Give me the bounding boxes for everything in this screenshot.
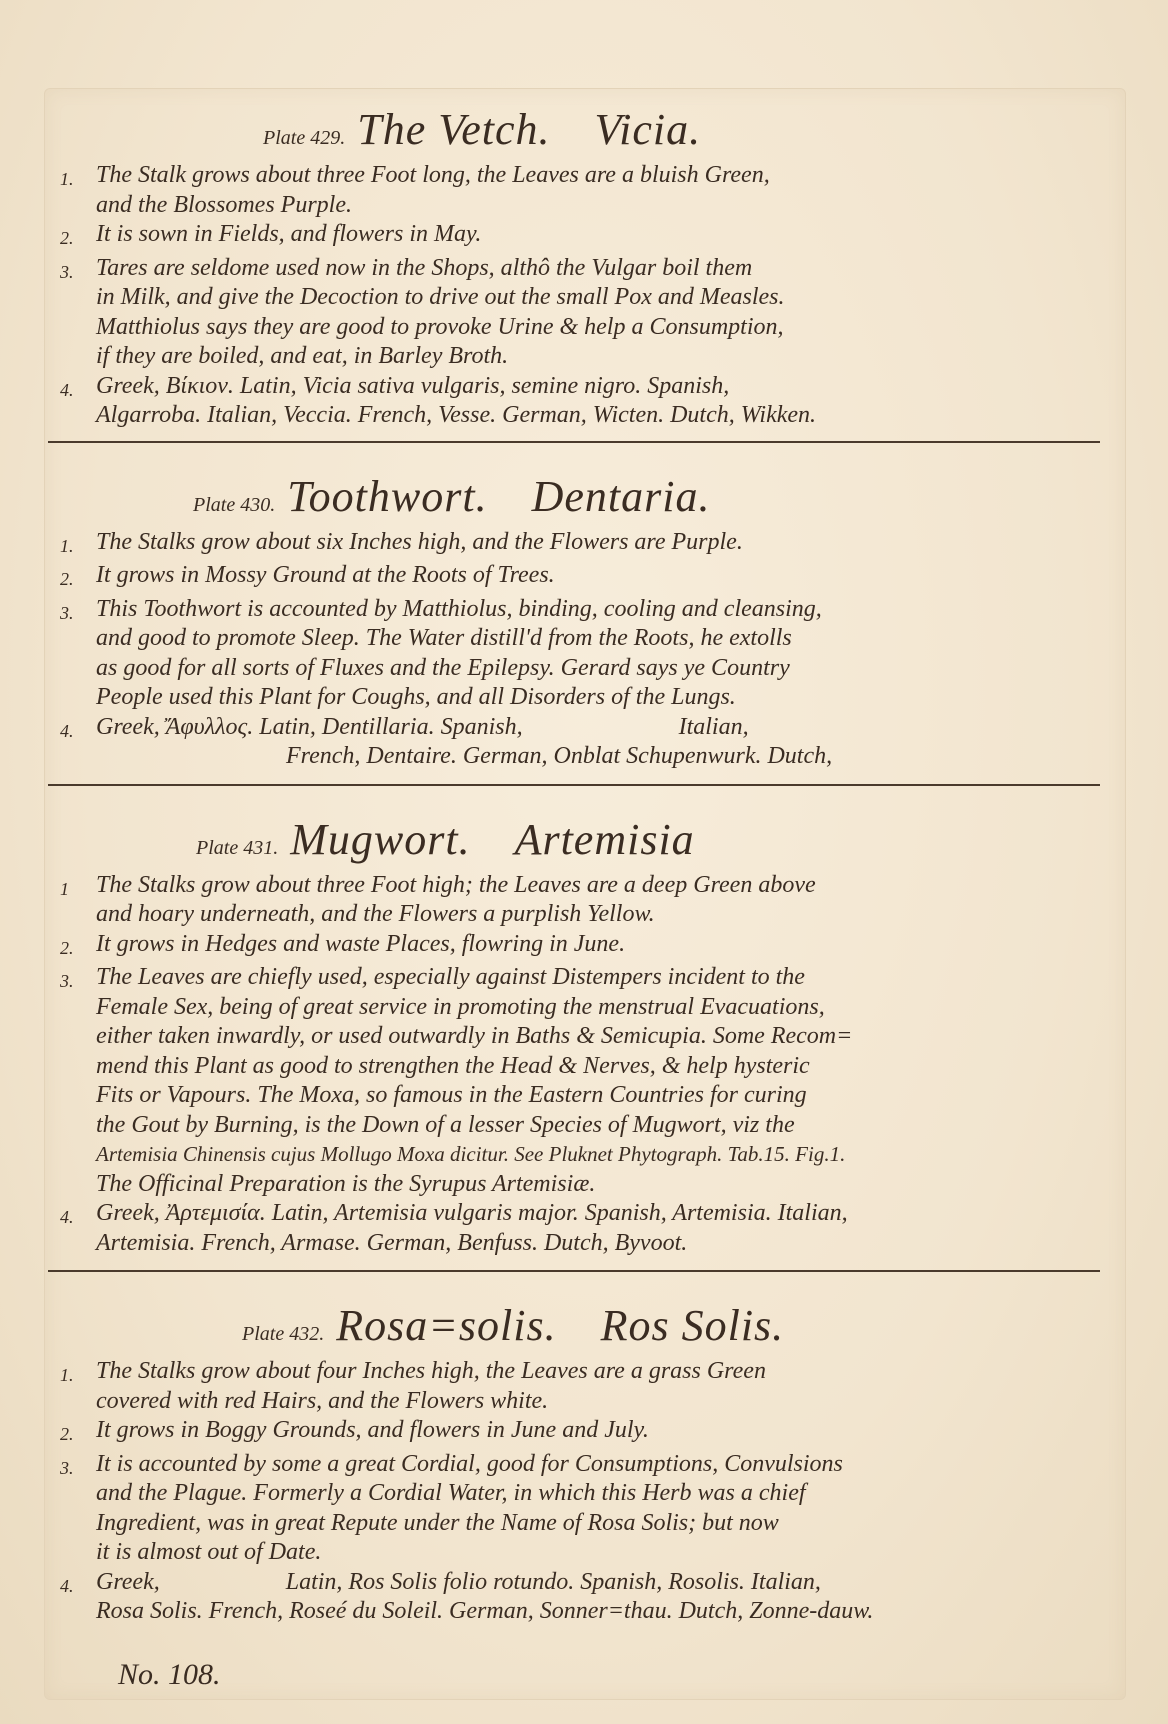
text-line: if they are boiled, and eat, in Barley B…: [96, 342, 1110, 372]
text-line: as good for all sorts of Fluxes and the …: [96, 654, 1110, 684]
item-number: 1.: [60, 528, 96, 562]
entry-item: 4. Greek, Latin, Ros Solis folio rotundo…: [60, 1568, 1110, 1627]
item-number: 2.: [60, 930, 96, 964]
text-line: The Stalks grow about three Foot high; t…: [96, 871, 1110, 901]
entry-item: 1. The Stalk grows about three Foot long…: [60, 161, 1110, 220]
entry-item: 3. This Toothwort is accounted by Matthi…: [60, 595, 1110, 713]
plate-number: Plate 432.: [242, 1323, 324, 1346]
entry-item: 2. It grows in Hedges and waste Places, …: [60, 930, 1110, 964]
text-line: Rosa Solis. French, Roseé du Soleil. Ger…: [96, 1597, 1110, 1627]
plate-section-431: Plate 431. Mugwort. Artemisia 1 The Stal…: [60, 786, 1110, 1273]
entry-item: 3. Tares are seldome used now in the Sho…: [60, 254, 1110, 372]
plate-latin-name: Vicia.: [595, 104, 702, 155]
text-line: It grows in Hedges and waste Places, flo…: [96, 930, 1110, 960]
entry-item: 2. It is sown in Fields, and flowers in …: [60, 220, 1110, 254]
text-line: It is sown in Fields, and flowers in May…: [96, 220, 1110, 250]
text-line: The Stalk grows about three Foot long, t…: [96, 161, 1110, 191]
entry-item: 4. Greek, Βίκιον. Latin, Vicia sativa vu…: [60, 372, 1110, 431]
text-line: Artemisia. French, Armase. German, Benfu…: [96, 1229, 1110, 1259]
text-line: It grows in Mossy Ground at the Roots of…: [96, 561, 1110, 591]
plate-latin-name: Dentaria.: [532, 471, 711, 522]
text-line: The Officinal Preparation is the Syrupus…: [96, 1170, 1110, 1200]
plate-title: The Vetch.: [357, 104, 550, 155]
plate-number: Plate 430.: [193, 494, 275, 517]
plate-latin-name: Artemisia: [515, 814, 695, 865]
text-line: The Leaves are chiefly used, especially …: [96, 963, 1110, 993]
plate-heading: Plate 430. Toothwort. Dentaria.: [60, 471, 1110, 522]
entry-item: 1. The Stalks grow about four Inches hig…: [60, 1357, 1110, 1416]
text-line: Algarroba. Italian, Veccia. French, Vess…: [96, 401, 1110, 431]
entry-item: 1. The Stalks grow about six Inches high…: [60, 528, 1110, 562]
entry-item: 2. It grows in Boggy Grounds, and flower…: [60, 1416, 1110, 1450]
text-line: Ingredient, was in great Repute under th…: [96, 1509, 1110, 1539]
text-line: Artemisia Chinensis cujus Mollugo Moxa d…: [96, 1140, 1110, 1170]
plate-latin-name: Ros Solis.: [601, 1300, 785, 1351]
plate-heading: Plate 429. The Vetch. Vicia.: [60, 104, 1110, 155]
text-line: Greek, Βίκιον. Latin, Vicia sativa vulga…: [96, 372, 1110, 402]
plate-section-432: Plate 432. Rosa=solis. Ros Solis. 1. The…: [60, 1272, 1110, 1627]
text-line: either taken inwardly, or used outwardly…: [96, 1022, 1110, 1052]
entry-item: 4. Greek, Ἀρτεμισία. Latin, Artemisia vu…: [60, 1199, 1110, 1258]
plate-number: Plate 431.: [196, 837, 278, 860]
item-number: 3.: [60, 595, 96, 713]
text-line: People used this Plant for Coughs, and a…: [96, 683, 1110, 713]
plate-heading: Plate 431. Mugwort. Artemisia: [60, 814, 1110, 865]
text-line: it is almost out of Date.: [96, 1538, 1110, 1568]
text-line: the Gout by Burning, is the Down of a le…: [96, 1111, 1110, 1141]
text-line: French, Dentaire. German, Onblat Schupen…: [96, 742, 1110, 772]
item-number: 3.: [60, 254, 96, 372]
item-number: 4.: [60, 1568, 96, 1627]
plate-section-429: Plate 429. The Vetch. Vicia. 1. The Stal…: [60, 100, 1110, 443]
item-number: 4.: [60, 1199, 96, 1258]
text-line: covered with red Hairs, and the Flowers …: [96, 1387, 1110, 1417]
text-line: Greek, Ἄφυλλος. Latin, Dentillaria. Span…: [96, 713, 1110, 743]
text-line: mend this Plant as good to strengthen th…: [96, 1052, 1110, 1082]
text-line: It grows in Boggy Grounds, and flowers i…: [96, 1416, 1110, 1446]
text-line: and good to promote Sleep. The Water dis…: [96, 624, 1110, 654]
item-number: 1.: [60, 161, 96, 220]
text-line: Tares are seldome used now in the Shops,…: [96, 254, 1110, 284]
text-line: Fits or Vapours. The Moxa, so famous in …: [96, 1081, 1110, 1111]
plate-title: Toothwort.: [287, 471, 487, 522]
text-line: It is accounted by some a great Cordial,…: [96, 1450, 1110, 1480]
item-number: 2.: [60, 1416, 96, 1450]
item-number: 2.: [60, 220, 96, 254]
plate-title: Mugwort.: [290, 814, 470, 865]
text-line: in Milk, and give the Decoction to drive…: [96, 283, 1110, 313]
text-line: Greek, Latin, Ros Solis folio rotundo. S…: [96, 1568, 1110, 1598]
page-number: No. 108.: [118, 1658, 221, 1692]
plate-section-430: Plate 430. Toothwort. Dentaria. 1. The S…: [60, 443, 1110, 786]
item-number: 4.: [60, 372, 96, 431]
item-number: 1.: [60, 1357, 96, 1416]
text-line: The Stalks grow about six Inches high, a…: [96, 528, 1110, 558]
entry-item: 1 The Stalks grow about three Foot high;…: [60, 871, 1110, 930]
item-number: 2.: [60, 561, 96, 595]
item-number: 1: [60, 871, 96, 930]
plate-title: Rosa=solis.: [336, 1300, 556, 1351]
plate-number: Plate 429.: [263, 127, 345, 150]
item-number: 3.: [60, 963, 96, 1199]
entry-item: 4. Greek, Ἄφυλλος. Latin, Dentillaria. S…: [60, 713, 1110, 772]
text-line: This Toothwort is accounted by Matthiolu…: [96, 595, 1110, 625]
text-line: Female Sex, being of great service in pr…: [96, 993, 1110, 1023]
text-line: and hoary underneath, and the Flowers a …: [96, 900, 1110, 930]
text-line: and the Plague. Formerly a Cordial Water…: [96, 1479, 1110, 1509]
item-number: 3.: [60, 1450, 96, 1568]
text-line: The Stalks grow about four Inches high, …: [96, 1357, 1110, 1387]
plate-heading: Plate 432. Rosa=solis. Ros Solis.: [60, 1300, 1110, 1351]
entry-item: 3. It is accounted by some a great Cordi…: [60, 1450, 1110, 1568]
entry-item: 3. The Leaves are chiefly used, especial…: [60, 963, 1110, 1199]
document-body: Plate 429. The Vetch. Vicia. 1. The Stal…: [60, 100, 1110, 1627]
item-number: 4.: [60, 713, 96, 772]
text-line: Greek, Ἀρτεμισία. Latin, Artemisia vulga…: [96, 1199, 1110, 1229]
text-line: Matthiolus says they are good to provoke…: [96, 313, 1110, 343]
text-line: and the Blossomes Purple.: [96, 191, 1110, 221]
entry-item: 2. It grows in Mossy Ground at the Roots…: [60, 561, 1110, 595]
